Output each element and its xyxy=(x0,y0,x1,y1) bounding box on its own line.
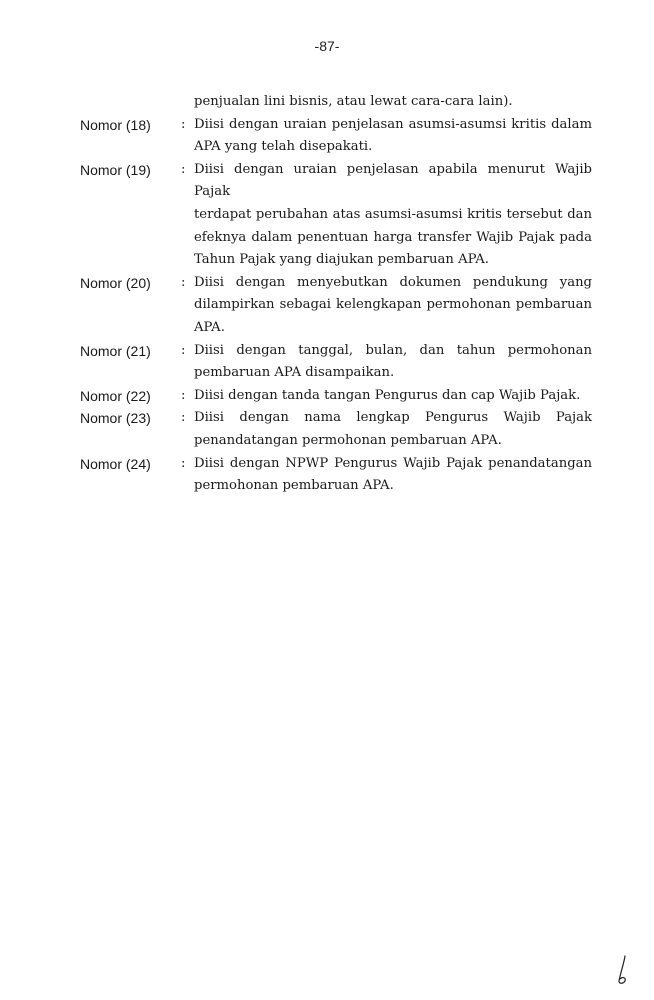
description-line: Diisi dengan NPWP Pengurus Wajib Pajak p… xyxy=(194,453,592,476)
entry-description: Diisi dengan nama lengkap Pengurus Wajib… xyxy=(194,407,592,452)
description-line: Diisi dengan uraian penjelasan apabila m… xyxy=(194,159,592,204)
description-line: Tahun Pajak yang diajukan pembaruan APA. xyxy=(194,249,592,272)
entry-description: Diisi dengan NPWP Pengurus Wajib Pajak p… xyxy=(194,453,592,498)
entry-label: Nomor (21) xyxy=(80,340,179,363)
description-line: terdapat perubahan atas asumsi-asumsi kr… xyxy=(194,204,592,227)
entry-label: Nomor (20) xyxy=(80,272,179,295)
description-line: Diisi dengan tanggal, bulan, dan tahun p… xyxy=(194,340,592,363)
description-line: efeknya dalam penentuan harga transfer W… xyxy=(194,227,592,250)
entry-description: Diisi dengan menyebutkan dokumen penduku… xyxy=(194,272,592,340)
list-item: Nomor (24):Diisi dengan NPWP Pengurus Wa… xyxy=(80,453,592,498)
description-line: Diisi dengan tanda tangan Pengurus dan c… xyxy=(194,385,592,408)
description-line: penandatangan permohonan pembaruan APA. xyxy=(194,430,592,453)
entry-separator: : xyxy=(179,453,194,476)
entry-label: Nomor (23) xyxy=(80,407,179,430)
description-line: Diisi dengan uraian penjelasan asumsi-as… xyxy=(194,114,592,137)
entry-description: Diisi dengan tanggal, bulan, dan tahun p… xyxy=(194,340,592,385)
entry-label: Nomor (19) xyxy=(80,159,179,182)
list-item: Nomor (21):Diisi dengan tanggal, bulan, … xyxy=(80,340,592,385)
entry-description: Diisi dengan tanda tangan Pengurus dan c… xyxy=(194,385,592,408)
description-line: dilampirkan sebagai kelengkapan permohon… xyxy=(194,294,592,317)
entry-separator: : xyxy=(179,385,194,408)
handwritten-initial-icon xyxy=(616,955,630,985)
entry-description: Diisi dengan uraian penjelasan apabila m… xyxy=(194,159,592,272)
document-body: penjualan lini bisnis, atau lewat cara-c… xyxy=(80,91,592,498)
description-line: APA. xyxy=(194,317,592,340)
entry-separator: : xyxy=(179,340,194,363)
entry-description: Diisi dengan uraian penjelasan asumsi-as… xyxy=(194,114,592,159)
description-line: APA yang telah disepakati. xyxy=(194,136,592,159)
description-line: Diisi dengan menyebutkan dokumen penduku… xyxy=(194,272,592,295)
list-item: Nomor (22):Diisi dengan tanda tangan Pen… xyxy=(80,385,592,408)
list-item: Nomor (18):Diisi dengan uraian penjelasa… xyxy=(80,114,592,159)
list-item: Nomor (19):Diisi dengan uraian penjelasa… xyxy=(80,159,592,272)
description-line: Diisi dengan nama lengkap Pengurus Wajib… xyxy=(194,407,592,430)
entry-label: Nomor (24) xyxy=(80,453,179,476)
entry-separator: : xyxy=(179,114,194,137)
entry-list: Nomor (18):Diisi dengan uraian penjelasa… xyxy=(80,114,592,498)
page-number: -87- xyxy=(0,38,654,54)
list-item: Nomor (23):Diisi dengan nama lengkap Pen… xyxy=(80,407,592,452)
entry-separator: : xyxy=(179,159,194,182)
entry-separator: : xyxy=(179,272,194,295)
continuation-line: penjualan lini bisnis, atau lewat cara-c… xyxy=(194,91,592,114)
list-item: Nomor (20):Diisi dengan menyebutkan doku… xyxy=(80,272,592,340)
entry-label: Nomor (22) xyxy=(80,385,179,408)
entry-label: Nomor (18) xyxy=(80,114,179,137)
description-line: permohonan pembaruan APA. xyxy=(194,475,592,498)
entry-separator: : xyxy=(179,407,194,430)
description-line: pembaruan APA disampaikan. xyxy=(194,362,592,385)
